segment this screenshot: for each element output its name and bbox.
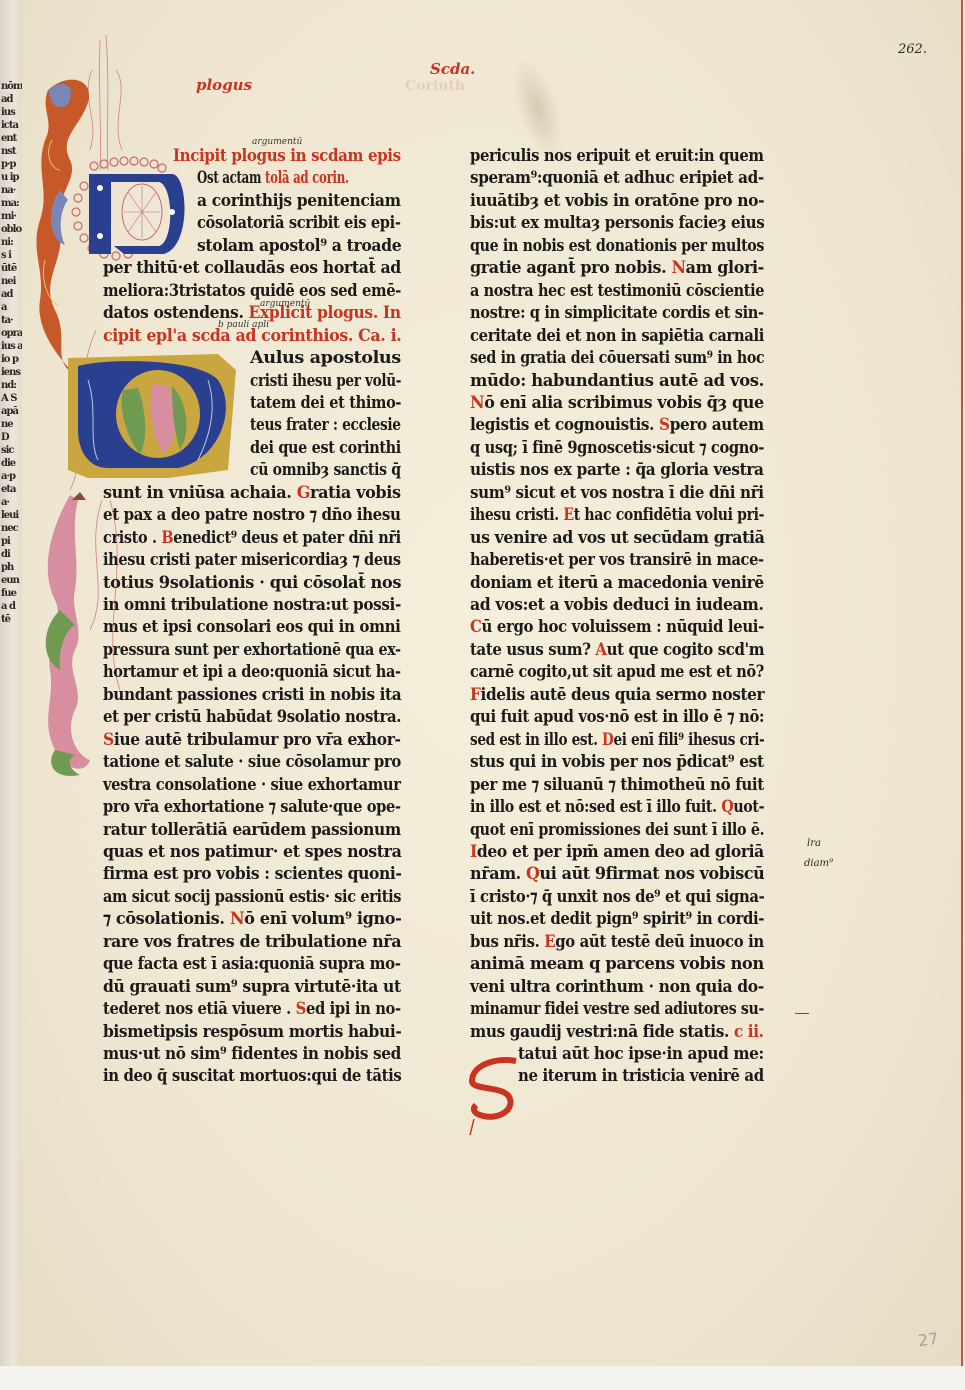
rubric-text: A	[595, 640, 606, 659]
text-line: per me ⁊ siluanū ⁊ thimotheū nō fuit	[470, 775, 764, 797]
body-text: hortamur et ipi a deo:quoniā sicut ha-	[103, 662, 401, 681]
facing-page-line: D	[1, 431, 22, 444]
facing-page-line: a d	[1, 600, 22, 613]
text-line: pressura sunt per exhortationē qua ex-	[103, 640, 401, 662]
body-text: nr̄am.	[470, 864, 526, 883]
body-text: sunt in vniūsa achaia.	[103, 483, 297, 502]
body-text: ratur tollerātiā earūdem passionum	[103, 820, 401, 839]
facing-page-line: iens	[1, 366, 22, 379]
text-line: minamur fidei vestre sed adiutores su-	[470, 999, 764, 1021]
body-text: bismetipsis respōsum mortis habui-	[103, 1022, 401, 1041]
initial-S-rubric	[466, 1055, 526, 1135]
body-text: in illo est et nō:sed est ī illo fuit.	[470, 797, 721, 816]
interlinear-gloss-argumentum-2: argumentū	[260, 299, 310, 309]
body-text: ui aūt 9firmat nos vobiscū	[540, 864, 765, 883]
facing-page-line: io p	[1, 353, 22, 366]
text-line: speram⁹:quoniā et adhuc eripiet ad-	[470, 168, 764, 190]
rubric-text: S	[103, 730, 114, 749]
body-text: teus frater : ecclesie	[250, 415, 401, 434]
text-line: Aulus apostolus	[250, 348, 401, 370]
body-text: Ost actam	[197, 168, 261, 187]
interlinear-gloss-pauli: b pauli apli	[218, 320, 269, 330]
facing-page-line: sic	[1, 444, 22, 457]
pencil-number: 27	[917, 1329, 940, 1351]
body-text: t hac confidētia volui pri-	[574, 505, 764, 524]
body-text: meliora:3tristatos quidē eos sed emē-	[103, 281, 401, 300]
text-line: meliora:3tristatos quidē eos sed emē-	[103, 281, 401, 303]
body-text: q usq; ī finē 9gnoscetis·sicut ⁊ cogno-	[470, 438, 764, 457]
text-line: Incipit plogus in scdam epis	[173, 146, 401, 168]
body-text: a nostra hec est testimoniū cōscientie	[470, 281, 764, 300]
rubric-text: G	[297, 483, 310, 502]
facing-page-line: ius a	[1, 340, 22, 353]
text-line: per thitū·et collaudās eos hortat̄ ad	[103, 258, 401, 280]
body-text: ō enī alia scribimus vobis q̄ȝ que	[484, 393, 764, 412]
text-line: in illo est et nō:sed est ī illo fuit. Q…	[470, 797, 764, 819]
body-text: uot-	[733, 797, 764, 816]
rubric-text: c ii.	[734, 1022, 764, 1041]
body-text: que in nobis est donationis per multos	[470, 236, 764, 255]
text-line: teus frater : ecclesie	[250, 415, 401, 437]
body-text: ī cristo·⁊ q̄ unxit nos de⁹ et qui signa…	[470, 887, 764, 906]
text-line: nostre: q in simplicitate cordis et sin-	[470, 303, 764, 325]
text-line: tatione et salute · siue cōsolamur pro	[103, 752, 401, 774]
rubric-text: E	[563, 505, 573, 524]
text-line: mus gaudij vestri:nā fide statis. c ii.	[470, 1022, 764, 1044]
show-through-heading: Corinth	[405, 78, 465, 94]
facing-page-line: ūtē	[1, 262, 22, 275]
facing-page-edge: nōmadiusictaentnstp·pu ipna·ma:mi·obloni…	[0, 0, 22, 1366]
body-text: in deo q̄ suscitat mortuos:qui de tātis	[103, 1066, 401, 1085]
body-text: pro vr̄a exhortatione ⁊ salute·que ope-	[103, 797, 401, 816]
body-text: sed est in illo est.	[470, 730, 602, 749]
body-text: ed ipi in no-	[306, 999, 401, 1018]
facing-page-line: ad	[1, 93, 22, 106]
facing-page-line: di	[1, 548, 22, 561]
text-line: qui fuit apud vos·nō est in illo ē ⁊ nō:	[470, 707, 764, 729]
body-text: qui fuit apud vos·nō est in illo ē ⁊ nō:	[470, 707, 764, 726]
text-line: legistis et cognouistis. Spero autem	[470, 415, 764, 437]
text-line: tatem dei et thimo-	[250, 393, 401, 415]
text-line: mūdo: habundantius autē ad vos.	[470, 371, 764, 393]
text-line: ihesu cristi pater misericordiaȝ ⁊ deus	[103, 550, 401, 572]
facing-page-line: apā	[1, 405, 22, 418]
body-text: doniam et iterū a macedonia venirē	[470, 573, 764, 592]
text-line: haberetis·et per vos transirē in mace-	[470, 550, 764, 572]
text-line: us venire ad vos ut secūdam gratiā	[470, 528, 764, 550]
text-line: que in nobis est donationis per multos	[470, 236, 764, 258]
rubric-text: S	[659, 415, 670, 434]
facing-page-line: a·	[1, 496, 22, 509]
text-line: Fidelis autē deus quia sermo noster	[470, 685, 764, 707]
body-text: ad vos:et a vobis deduci in iudeam.	[470, 595, 764, 614]
text-line: tate usus sum? Aut que cogito scd'm	[470, 640, 764, 662]
text-line: pro vr̄a exhortatione ⁊ salute·que ope-	[103, 797, 401, 819]
body-text: mus·ut nō sim⁹ fidentes in nobis sed	[103, 1044, 401, 1063]
body-text: sed in gratia dei cōuersati sum⁹ in hoc	[470, 348, 764, 367]
text-line: ihesu cristi. Et hac confidētia volui pr…	[470, 505, 764, 527]
text-line: in deo q̄ suscitat mortuos:qui de tātis	[103, 1066, 401, 1088]
body-text: cū omnibȝ sanctis q̄	[250, 460, 401, 479]
facing-page-line: ius	[1, 106, 22, 119]
text-line: sed est in illo est. Dei enī fili⁹ ihesu…	[470, 730, 764, 752]
text-line: et pax a deo patre nostro ⁊ dn̄o ihesu	[103, 505, 401, 527]
text-line: Nō enī alia scribimus vobis q̄ȝ que	[470, 393, 764, 415]
body-text: uit nos.et dedit pign⁹ spirit⁹ in cordi-	[470, 909, 764, 928]
text-line: nr̄am. Qui aūt 9firmat nos vobiscū	[470, 864, 764, 886]
facing-page-line: ent	[1, 132, 22, 145]
text-line: sed in gratia dei cōuersati sum⁹ in hoc	[470, 348, 764, 370]
text-line: hortamur et ipi a deo:quoniā sicut ha-	[103, 662, 401, 684]
rubric-text: N	[470, 393, 484, 412]
scan-background	[0, 1366, 965, 1390]
facing-page-line: nōm	[1, 80, 22, 93]
facing-page-line: eta	[1, 483, 22, 496]
facing-page-line: fue	[1, 587, 22, 600]
text-line: totius 9solationis · qui cōsolat̄ nos	[103, 573, 401, 595]
facing-page-line: nei	[1, 275, 22, 288]
text-line: a nostra hec est testimoniū cōscientie	[470, 281, 764, 303]
body-text: tederet nos etiā viuere .	[103, 999, 296, 1018]
body-text: tatem dei et thimo-	[250, 393, 401, 412]
text-line: q usq; ī finē 9gnoscetis·sicut ⁊ cogno-	[470, 438, 764, 460]
body-text: us venire ad vos ut secūdam gratiā	[470, 528, 764, 547]
body-text: quas et nos patimur· et spes nostra	[103, 842, 401, 861]
text-line: et per cristū habūdat 9solatio nostra.	[103, 707, 401, 729]
body-text: gratie agant̄ pro nobis.	[470, 258, 671, 277]
body-text: totius 9solationis · qui cōsolat̄ nos	[103, 573, 401, 592]
body-text: a corinthijs penitenciam	[197, 191, 401, 210]
text-line: dei que est corinthi	[250, 438, 401, 460]
text-line: a corinthijs penitenciam	[197, 191, 401, 213]
facing-page-line: ph	[1, 561, 22, 574]
facing-page-line: mi·	[1, 210, 22, 223]
facing-page-line: eun	[1, 574, 22, 587]
body-text: pressura sunt per exhortationē qua ex-	[103, 640, 401, 659]
text-line: firma est pro vobis : scientes quoni-	[103, 864, 401, 886]
text-line: bundant passiones cristi in nobis ita	[103, 685, 401, 707]
text-line: uistis nos ex parte : q̄a gloria vestra	[470, 460, 764, 482]
text-line: stus qui in vobis per nos p̄dicat⁹ est	[470, 752, 764, 774]
body-text: per me ⁊ siluanū ⁊ thimotheū nō fuit	[470, 775, 764, 794]
margin-note-diamus: diam⁹	[804, 858, 833, 869]
facing-page-line: ad	[1, 288, 22, 301]
text-line: rare vos fratres de tribulatione nr̄a	[103, 932, 401, 954]
facing-page-line: ni:	[1, 236, 22, 249]
text-line: ne iterum in tristicia venirē ad	[518, 1066, 764, 1088]
body-text: pero autem	[670, 415, 764, 434]
body-text: ihesu cristi pater misericordiaȝ ⁊ deus	[103, 550, 401, 569]
body-text: ū ergo hoc voluissem : nūquid leui-	[482, 617, 764, 636]
rubric-text: F	[470, 685, 481, 704]
text-line: animā meam q parcens vobis non	[470, 954, 764, 976]
folio-number: 262.	[898, 42, 927, 57]
facing-page-line: ne	[1, 418, 22, 431]
text-line: tederet nos etiā viuere . Sed ipi in no-	[103, 999, 401, 1021]
facing-page-line: oblo	[1, 223, 22, 236]
facing-page-line: ta·	[1, 314, 22, 327]
rubric-text: E	[544, 932, 555, 951]
text-line: sum⁹ sicut et vos nostra ī die dn̄i nr̄i	[470, 483, 764, 505]
facing-page-line: icta	[1, 119, 22, 132]
rubric-text: S	[296, 999, 306, 1018]
body-text: uistis nos ex parte : q̄a gloria vestra	[470, 460, 764, 479]
rubric-text: Incipit plogus in scdam epis	[173, 146, 401, 165]
body-text: cristo .	[103, 528, 161, 547]
text-line: cristo . Benedict⁹ deus et pater dn̄i nr…	[103, 528, 401, 550]
body-text: firma est pro vobis : scientes quoni-	[103, 864, 401, 883]
text-line: Ost actam tolā ad corin.	[197, 168, 349, 190]
body-text: iuuātibȝ et vobis in oratōne pro no-	[470, 191, 764, 210]
body-text: in omni tribulatione nostra:ut possi-	[103, 595, 401, 614]
body-text: bis:ut ex multaȝ personis facieȝ eius	[470, 213, 764, 232]
body-text: ne iterum in tristicia venirē ad	[518, 1066, 764, 1085]
body-text: iue autē tribulamur pro vr̄a exhor-	[114, 730, 401, 749]
text-line: stolam apostol⁹ a troade	[197, 236, 401, 258]
running-head-right: Scda.	[430, 60, 475, 78]
body-text: ratia vobis	[310, 483, 401, 502]
text-line: in omni tribulatione nostra:ut possi-	[103, 595, 401, 617]
text-line: mus·ut nō sim⁹ fidentes in nobis sed	[103, 1044, 401, 1066]
body-text: dei que est corinthi	[250, 438, 401, 457]
text-line: veni ultra corinthum · non quia do-	[470, 977, 764, 999]
body-text: dū grauati sum⁹ supra virtutē·ita ut	[103, 977, 401, 996]
facing-page-line: u ip	[1, 171, 22, 184]
body-text: tatione et salute · siue cōsolamur pro	[103, 752, 401, 771]
facing-page-line: nec	[1, 522, 22, 535]
text-line: ad vos:et a vobis deduci in iudeam.	[470, 595, 764, 617]
text-line: cū omnibȝ sanctis q̄	[250, 460, 401, 482]
text-line: bismetipsis respōsum mortis habui-	[103, 1022, 401, 1044]
body-text: periculis nos eripuit et eruit:in quem	[470, 146, 764, 165]
text-line: uit nos.et dedit pign⁹ spirit⁹ in cordi-	[470, 909, 764, 931]
body-text: mus gaudij vestri:nā fide statis.	[470, 1022, 734, 1041]
facing-page-line: p·p	[1, 158, 22, 171]
body-text: ⁊ cōsolationis.	[103, 909, 230, 928]
body-text: ei enī fili⁹ ihesus cri-	[613, 730, 764, 749]
rubric-text: tolā ad corin.	[261, 168, 349, 187]
body-text: que facta est ī asia:quoniā supra mo-	[103, 954, 401, 973]
text-line: iuuātibȝ et vobis in oratōne pro no-	[470, 191, 764, 213]
rubric-text: N	[230, 909, 244, 928]
body-text: ihesu cristi.	[470, 505, 563, 524]
text-line: ratur tollerātiā earūdem passionum	[103, 820, 401, 842]
rubric-text: Q	[721, 797, 733, 816]
text-line: carnē cogito,ut sit apud me est et nō?	[470, 662, 764, 684]
body-text: mus et ipsi consolari eos qui in omni	[103, 617, 401, 636]
page-edge-rule	[961, 0, 963, 1366]
text-line: ⁊ cōsolationis. Nō enī volum⁹ igno-	[103, 909, 401, 931]
facing-page-line: die	[1, 457, 22, 470]
text-line: mus et ipsi consolari eos qui in omni	[103, 617, 401, 639]
body-text: stolam apostol⁹ a troade	[197, 236, 401, 255]
facing-page-line: s i	[1, 249, 22, 262]
body-text: et pax a deo patre nostro ⁊ dn̄o ihesu	[103, 505, 401, 524]
body-text: cōsolatoriā scribit eis epi-	[197, 213, 401, 232]
body-text: et per cristū habūdat 9solatio nostra.	[103, 707, 401, 726]
body-text: animā meam q parcens vobis non	[470, 954, 764, 973]
body-text: am glori-	[686, 258, 764, 277]
rubric-text: C	[470, 617, 482, 636]
text-line: ī cristo·⁊ q̄ unxit nos de⁹ et qui signa…	[470, 887, 764, 909]
text-line: tatui aūt hoc ipse·in apud me:	[518, 1044, 764, 1066]
body-text: cristi ihesu per volū-	[250, 371, 401, 390]
body-text: carnē cogito,ut sit apud me est et nō?	[470, 662, 764, 681]
text-line: quot enī promissiones dei sunt ī illo ē.	[470, 820, 764, 842]
facing-page-line: leui	[1, 509, 22, 522]
body-text: Aulus apostolus	[250, 348, 401, 367]
text-line: que facta est ī asia:quoniā supra mo-	[103, 954, 401, 976]
text-line: Ideo et per ipm̄ amen deo ad gloriā	[470, 842, 764, 864]
text-line: quas et nos patimur· et spes nostra	[103, 842, 401, 864]
facing-page-line: nd:	[1, 379, 22, 392]
rubric-text: B	[161, 528, 173, 547]
facing-page-line: a·p	[1, 470, 22, 483]
interlinear-gloss-argumentum: argumentū	[252, 137, 302, 147]
text-line: gratie agant̄ pro nobis. Nam glori-	[470, 258, 764, 280]
body-text: haberetis·et per vos transirē in mace-	[470, 550, 764, 569]
body-text: minamur fidei vestre sed adiutores su-	[470, 999, 764, 1018]
rubric-text: D	[602, 730, 613, 749]
text-line: bis:ut ex multaȝ personis facieȝ eius	[470, 213, 764, 235]
body-text: ceritate dei et non in sapiētia carnali	[470, 326, 764, 345]
body-text: enedict⁹ deus et pater dn̄i nr̄i	[173, 528, 401, 547]
text-line: doniam et iterū a macedonia venirē	[470, 573, 764, 595]
body-text: deo et per ipm̄ amen deo ad gloriā	[477, 842, 764, 861]
text-line: vestra consolatione · siue exhortamur	[103, 775, 401, 797]
facing-page-line: na·	[1, 184, 22, 197]
initial-P-paulus	[68, 350, 240, 482]
body-text: ō enī volum⁹ igno-	[244, 909, 401, 928]
body-text: quot enī promissiones dei sunt ī illo ē.	[470, 820, 764, 839]
facing-page-line: pi	[1, 535, 22, 548]
facing-page-line: ma:	[1, 197, 22, 210]
facing-page-line: opra	[1, 327, 22, 340]
body-text: idelis autē deus quia sermo noster	[481, 685, 765, 704]
facing-page-line: A S	[1, 392, 22, 405]
facing-page-line: nst	[1, 145, 22, 158]
text-line: periculis nos eripuit et eruit:in quem	[470, 146, 764, 168]
text-line: Cū ergo hoc voluissem : nūquid leui-	[470, 617, 764, 639]
text-line: cristi ihesu per volū-	[250, 371, 401, 393]
body-text: am sicut socij passionū estis· sic eriti…	[103, 887, 401, 906]
margin-mark	[795, 1013, 809, 1014]
text-line: bus nr̄is. Ego aūt testē deū inuoco in	[470, 932, 764, 954]
body-text: stus qui in vobis per nos p̄dicat⁹ est	[470, 752, 764, 771]
facing-page-line: a	[1, 301, 22, 314]
text-line: sunt in vniūsa achaia. Gratia vobis	[103, 483, 401, 505]
body-text: ut que cogito scd'm	[607, 640, 765, 659]
rubric-text: Q	[526, 864, 540, 883]
margin-note-lra: lra	[807, 838, 821, 849]
running-head-left: plogus	[196, 76, 252, 94]
text-line: Siue autē tribulamur pro vr̄a exhor-	[103, 730, 401, 752]
body-text: sum⁹ sicut et vos nostra ī die dn̄i nr̄i	[470, 483, 764, 502]
body-text: per thitū·et collaudās eos hortat̄ ad	[103, 258, 401, 277]
text-line: ceritate dei et non in sapiētia carnali	[470, 326, 764, 348]
body-text: veni ultra corinthum · non quia do-	[470, 977, 764, 996]
rubric-text: N	[671, 258, 685, 277]
body-text: speram⁹:quoniā et adhuc eripiet ad-	[470, 168, 764, 187]
body-text: rare vos fratres de tribulatione nr̄a	[103, 932, 401, 951]
text-line: cōsolatoriā scribit eis epi-	[197, 213, 401, 235]
facing-page-text: nōmadiusictaentnstp·pu ipna·ma:mi·obloni…	[1, 80, 22, 1110]
facing-page-line: tē	[1, 613, 22, 626]
text-line: dū grauati sum⁹ supra virtutē·ita ut	[103, 977, 401, 999]
body-text: vestra consolatione · siue exhortamur	[103, 775, 401, 794]
body-text: tate usus sum?	[470, 640, 595, 659]
body-text: mūdo: habundantius autē ad vos.	[470, 371, 764, 390]
text-line: am sicut socij passionū estis· sic eriti…	[103, 887, 401, 909]
body-text: bus nr̄is.	[470, 932, 544, 951]
body-text: tatui aūt hoc ipse·in apud me:	[518, 1044, 764, 1063]
body-text: legistis et cognouistis.	[470, 415, 659, 434]
body-text: bundant passiones cristi in nobis ita	[103, 685, 401, 704]
body-text: nostre: q in simplicitate cordis et sin-	[470, 303, 764, 322]
body-text: go aūt testē deū inuoco in	[555, 932, 764, 951]
